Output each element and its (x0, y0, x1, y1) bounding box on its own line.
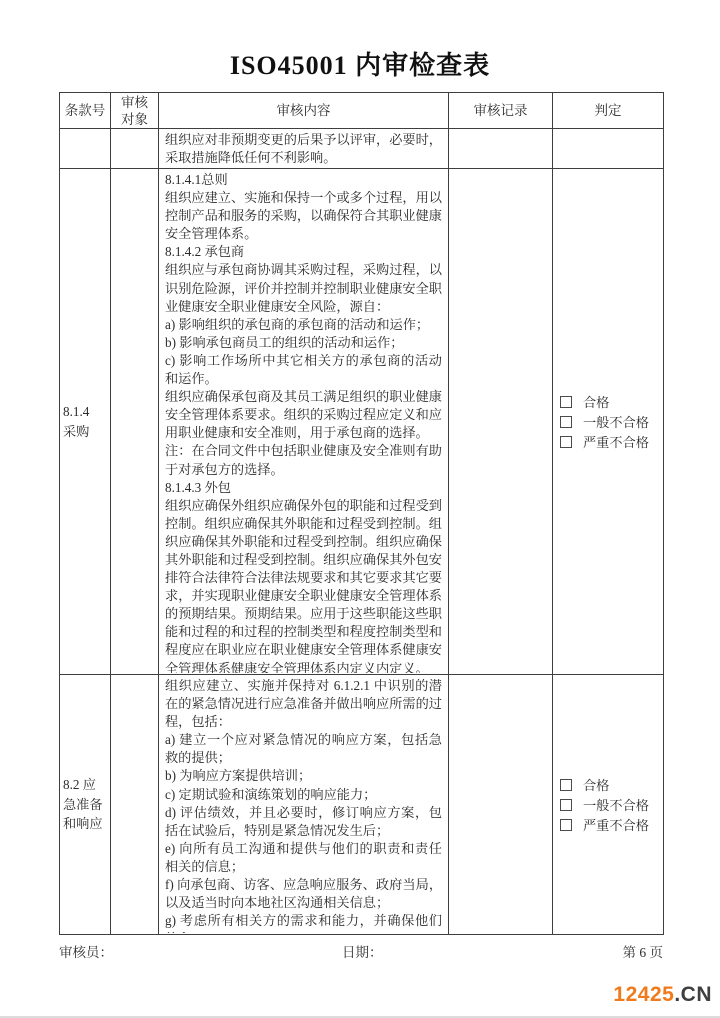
content-text: 8.1.4.1总则 组织应建立、实施和保持一个或多个过程，用以控制产品和服务的采… (159, 169, 448, 673)
checkbox-icon[interactable] (560, 819, 572, 831)
content-cell: 组织应对非预期变更的后果予以评审，必要时，采取措施降低任何不利影响。 (159, 129, 449, 169)
content-text: 组织应对非预期变更的后果予以评审，必要时，采取措施降低任何不利影响。 (159, 129, 448, 168)
content-text: 组织应建立、实施并保持对 6.1.2.1 中识别的潜在的紧急情况进行应急准备并做… (159, 675, 448, 933)
judgment-cell: 合格 一般不合格 严重不合格 (553, 675, 664, 935)
column-header-judgment: 判定 (553, 93, 664, 129)
audit-object-cell (111, 169, 159, 675)
judgment-option-label: 严重不合格 (583, 815, 649, 834)
judgment-option-label: 严重不合格 (583, 432, 649, 451)
column-header-record: 审核记录 (449, 93, 553, 129)
judgment-option-major-nonconformity[interactable]: 严重不合格 (560, 815, 663, 835)
table-row: 8.2 应 急准备 和响应 组织应建立、实施并保持对 6.1.2.1 中识别的潜… (60, 675, 664, 935)
table-row: 8.1.4 采购 8.1.4.1总则 组织应建立、实施和保持一个或多个过程，用以… (60, 169, 664, 675)
clause-cell: 8.1.4 采购 (60, 169, 111, 675)
watermark-primary: 12425 (613, 983, 674, 1006)
page-number: 第 6 页 (623, 941, 664, 961)
judgment-option-minor-nonconformity[interactable]: 一般不合格 (560, 795, 663, 815)
record-cell (449, 675, 553, 935)
watermark: 12425.CN (613, 983, 712, 1007)
judgment-option-label: 合格 (583, 392, 609, 411)
content-cell: 8.1.4.1总则 组织应建立、实施和保持一个或多个过程，用以控制产品和服务的采… (159, 169, 449, 675)
clause-cell (60, 129, 111, 169)
watermark-secondary: .CN (674, 983, 712, 1006)
content-cell: 组织应建立、实施并保持对 6.1.2.1 中识别的潜在的紧急情况进行应急准备并做… (159, 675, 449, 935)
judgment-checkbox-group: 合格 一般不合格 严重不合格 (560, 775, 663, 835)
document-page: ISO45001 内审检查表 条款号 审核 对象 审核内容 审核记录 判定 组织… (0, 0, 720, 1018)
judgment-checkbox-group: 合格 一般不合格 严重不合格 (560, 392, 663, 452)
record-cell (449, 169, 553, 675)
judgment-option-pass[interactable]: 合格 (560, 392, 663, 412)
record-cell (449, 129, 553, 169)
page-footer: 审核员： 日期： 第 6 页 (59, 941, 663, 961)
checkbox-icon[interactable] (560, 799, 572, 811)
judgment-option-label: 合格 (583, 775, 609, 794)
checkbox-icon[interactable] (560, 436, 572, 448)
auditor-label: 审核员： (59, 941, 113, 961)
judgment-option-major-nonconformity[interactable]: 严重不合格 (560, 432, 663, 452)
table-header-row: 条款号 审核 对象 审核内容 审核记录 判定 (60, 93, 664, 129)
checkbox-icon[interactable] (560, 416, 572, 428)
column-header-audit-object: 审核 对象 (111, 93, 159, 129)
judgment-option-minor-nonconformity[interactable]: 一般不合格 (560, 412, 663, 432)
judgment-option-label: 一般不合格 (583, 795, 649, 814)
audit-object-cell (111, 675, 159, 935)
audit-checklist-table: 条款号 审核 对象 审核内容 审核记录 判定 组织应对非预期变更的后果予以评审，… (59, 92, 664, 935)
column-header-content: 审核内容 (159, 93, 449, 129)
audit-object-cell (111, 129, 159, 169)
checkbox-icon[interactable] (560, 779, 572, 791)
page-title: ISO45001 内审检查表 (0, 52, 720, 81)
judgment-cell (553, 129, 664, 169)
table-row: 组织应对非预期变更的后果予以评审，必要时，采取措施降低任何不利影响。 (60, 129, 664, 169)
checkbox-icon[interactable] (560, 396, 572, 408)
clause-cell: 8.2 应 急准备 和响应 (60, 675, 111, 935)
judgment-option-pass[interactable]: 合格 (560, 775, 663, 795)
judgment-option-label: 一般不合格 (583, 412, 649, 431)
judgment-cell: 合格 一般不合格 严重不合格 (553, 169, 664, 675)
column-header-clause: 条款号 (60, 93, 111, 129)
date-label: 日期： (342, 941, 383, 961)
